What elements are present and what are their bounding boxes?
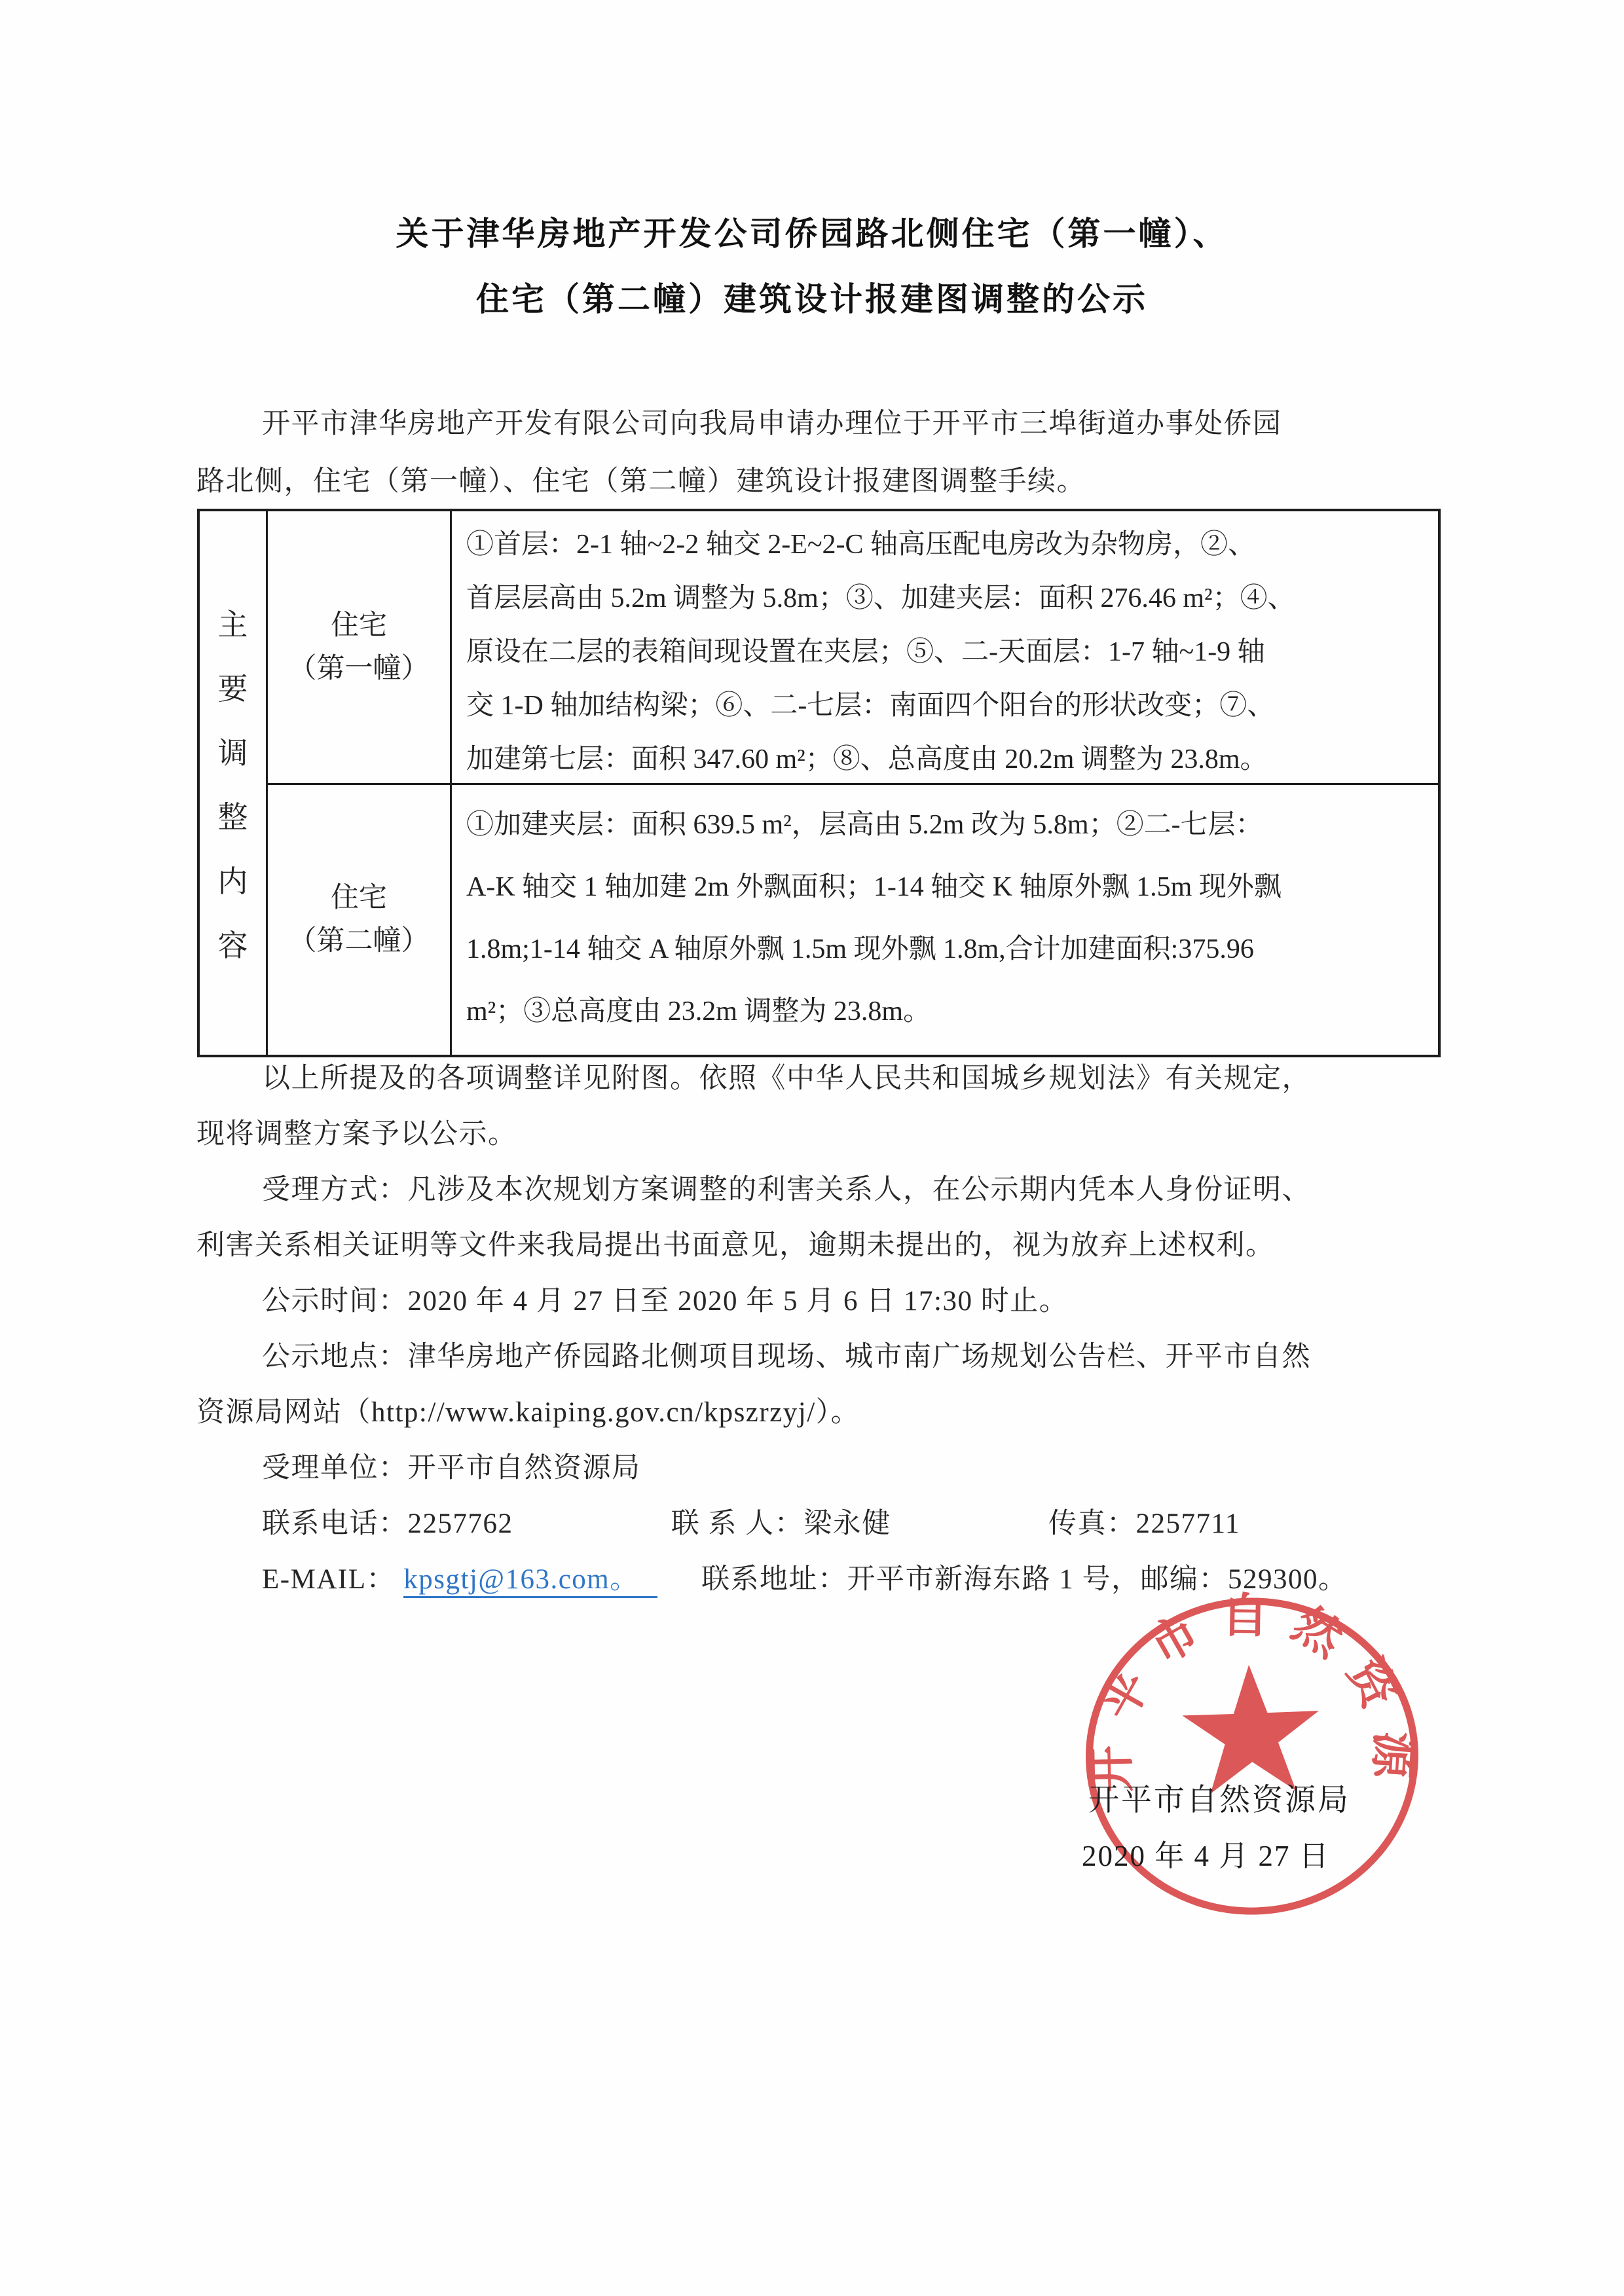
- body-line-legal2: 现将调整方案予以公示。: [196, 1106, 1434, 1162]
- building1-content-line: 交 1-D 轴加结构梁；⑥、二-七层：南面四个阳台的形状改变；⑦、: [466, 679, 1434, 733]
- contact-person: 联 系 人：梁永健: [671, 1508, 891, 1539]
- notice-title-line2: 住宅（第二幢）建筑设计报建图调整的公示: [0, 266, 1624, 332]
- body-line-method2: 利害关系相关证明等文件来我局提出书面意见，逾期未提出的，视为放弃上述权利。: [196, 1218, 1434, 1273]
- building1-content-line: ①首层：2-1 轴~2-2 轴交 2-E~2-C 轴高压配电房改为杂物房，②、: [466, 518, 1434, 572]
- table-vertical-header: 主 要 调 整 内 容: [200, 511, 268, 1055]
- vertical-header-char: 整: [218, 793, 248, 837]
- building1-label-line1: 住宅: [331, 604, 387, 647]
- building2-content-line: A-K 轴交 1 轴加建 2m 外飘面积；1-14 轴交 K 轴原外飘 1.5m…: [466, 856, 1434, 919]
- table-row-label-building1: 住宅 （第一幢）: [268, 511, 452, 785]
- notice-title-line1: 关于津华房地产开发公司侨园路北侧住宅（第一幢）、: [0, 201, 1624, 266]
- vertical-header-char: 容: [218, 922, 248, 965]
- vertical-header-char: 主: [218, 601, 248, 644]
- email-link[interactable]: kpsgtj@163.com。: [403, 1564, 657, 1598]
- adjustment-table: 主 要 调 整 内 容 住宅 （第一幢） ①首层：2-1 轴~2-2 轴交 2-…: [197, 509, 1441, 1057]
- body-line-method1: 受理方式：凡涉及本次规划方案调整的利害关系人，在公示期内凭本人身份证明、: [196, 1162, 1434, 1218]
- notice-document-page: 关于津华房地产开发公司侨园路北侧住宅（第一幢）、 住宅（第二幢）建筑设计报建图调…: [0, 0, 1624, 2296]
- signature-organization: 开平市自然资源局: [1088, 1776, 1350, 1819]
- notice-body: 以上所提及的各项调整详见附图。依照《中华人民共和国城乡规划法》有关规定， 现将调…: [196, 1051, 1434, 1607]
- body-line-agency: 受理单位：开平市自然资源局: [196, 1440, 1434, 1496]
- email-label: E-MAIL：: [262, 1564, 396, 1595]
- intro-line2: 路北侧，住宅（第一幢）、住宅（第二幢）建筑设计报建图调整手续。: [196, 453, 1434, 511]
- intro-paragraph: 开平市津华房地产开发有限公司向我局申请办理位于开平市三埠街道办事处侨园 路北侧，…: [196, 395, 1434, 511]
- body-line-location2: 资源局网站（http://www.kaiping.gov.cn/kpszrzyj…: [196, 1385, 1434, 1440]
- contact-phone: 联系电话：2257762: [262, 1508, 513, 1539]
- contact-fax: 传真：2257711: [1048, 1508, 1240, 1539]
- table-row-content-building1: ①首层：2-1 轴~2-2 轴交 2-E~2-C 轴高压配电房改为杂物房，②、 …: [452, 511, 1438, 785]
- building2-label-line2: （第二幢）: [289, 920, 430, 963]
- building1-label-line2: （第一幢）: [289, 647, 430, 691]
- building1-content-line: 加建第七层：面积 347.60 m²；⑧、总高度由 20.2m 调整为 23.8…: [466, 733, 1434, 786]
- body-line-legal1: 以上所提及的各项调整详见附图。依照《中华人民共和国城乡规划法》有关规定，: [196, 1051, 1434, 1106]
- signature-date: 2020 年 4 月 27 日: [1082, 1832, 1330, 1874]
- building2-content-line: m²；③总高度由 23.2m 调整为 23.8m。: [466, 981, 1434, 1043]
- vertical-header-char: 内: [218, 858, 248, 901]
- building1-content-line: 原设在二层的表箱间现设置在夹层；⑤、二-天面层：1-7 轴~1-9 轴: [466, 625, 1434, 679]
- body-line-location1: 公示地点：津华房地产侨园路北侧项目现场、城市南广场规划公告栏、开平市自然: [196, 1329, 1434, 1385]
- contact-phone-line: 联系电话：2257762 联 系 人：梁永健 传真：2257711: [196, 1496, 1434, 1552]
- building2-content-line: 1.8m;1-14 轴交 A 轴原外飘 1.5m 现外飘 1.8m,合计加建面积…: [466, 919, 1434, 981]
- official-seal-stamp: 开平市自然资源局: [1067, 1582, 1437, 1931]
- table-row-label-building2: 住宅 （第二幢）: [268, 785, 452, 1055]
- body-line-time: 公示时间：2020 年 4 月 27 日至 2020 年 5 月 6 日 17:…: [196, 1273, 1434, 1329]
- building2-label-line1: 住宅: [331, 877, 387, 920]
- notice-title: 关于津华房地产开发公司侨园路北侧住宅（第一幢）、 住宅（第二幢）建筑设计报建图调…: [0, 201, 1624, 332]
- vertical-header-char: 调: [218, 729, 248, 773]
- building1-content-line: 首层层高由 5.2m 调整为 5.8m；③、加建夹层：面积 276.46 m²；…: [466, 572, 1434, 625]
- intro-line1: 开平市津华房地产开发有限公司向我局申请办理位于开平市三埠街道办事处侨园: [196, 395, 1434, 453]
- vertical-header-char: 要: [218, 665, 248, 708]
- seal-star-icon: [1181, 1662, 1321, 1795]
- building2-content-line: ①加建夹层：面积 639.5 m²，层高由 5.2m 改为 5.8m；②二-七层…: [466, 794, 1434, 856]
- table-row-content-building2: ①加建夹层：面积 639.5 m²，层高由 5.2m 改为 5.8m；②二-七层…: [452, 785, 1438, 1055]
